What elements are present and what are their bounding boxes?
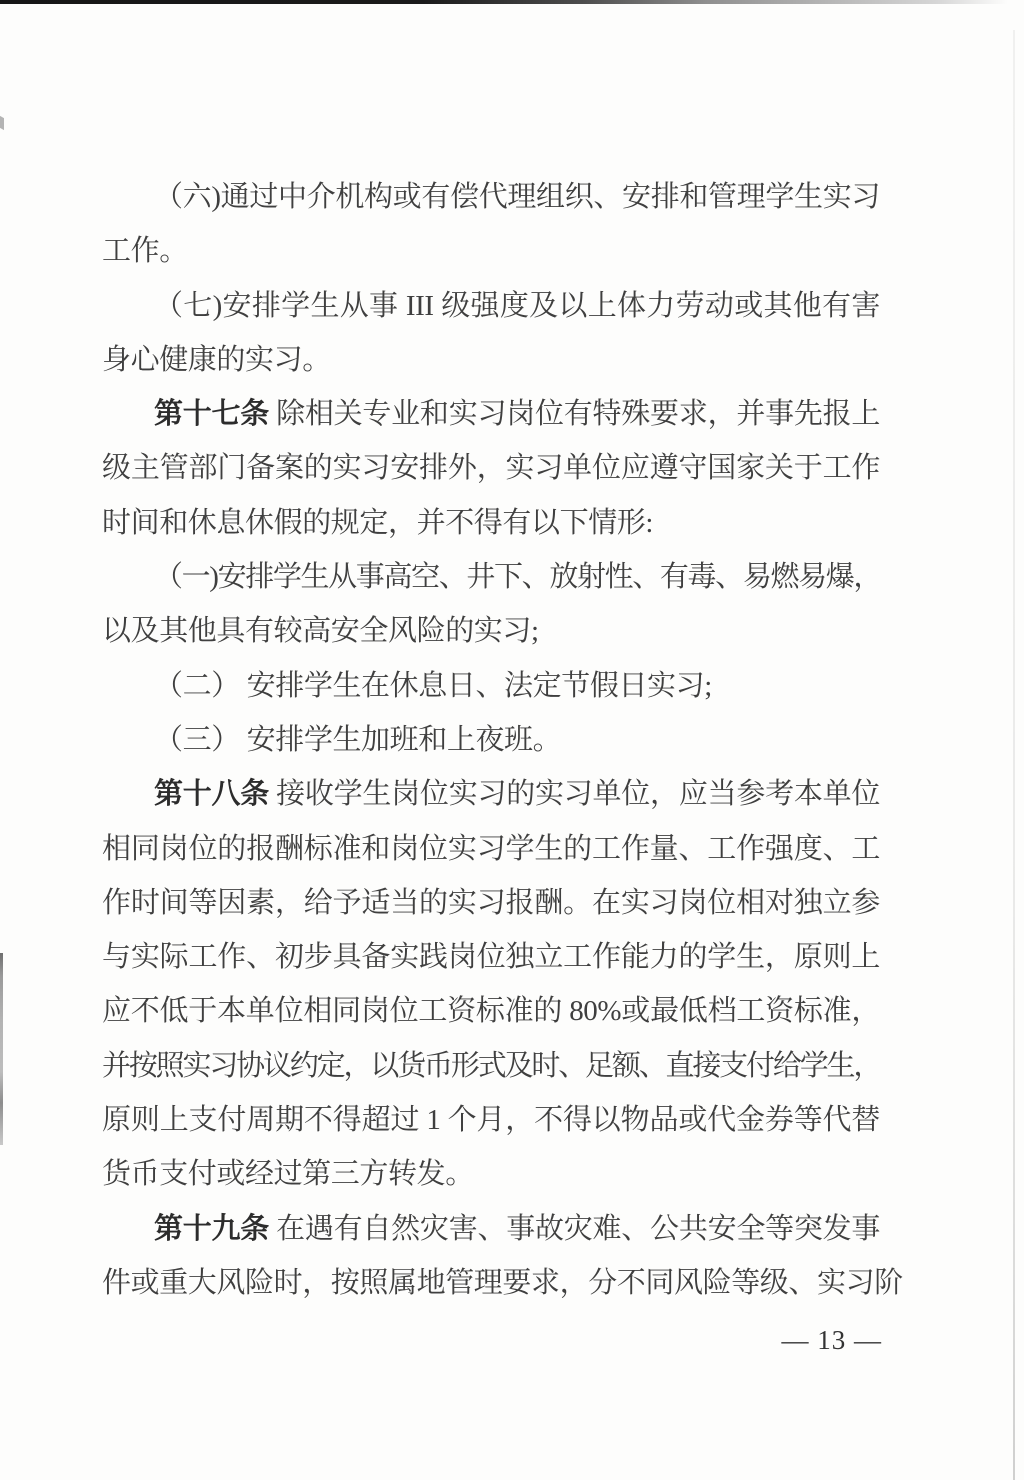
document-line: 第十七条 除相关专业和实习岗位有特殊要求，并事先报上 — [102, 387, 880, 441]
document-line: （三） 安排学生加班和上夜班。 — [102, 713, 880, 767]
document-line: 原则上支付周期不得超过 1 个月，不得以物品或代金券等代替 — [102, 1093, 880, 1147]
document-line: 工作。 — [102, 224, 880, 278]
document-line: 时间和休息休假的规定，并不得有以下情形: — [102, 496, 880, 550]
document-line: 以及其他具有较高安全风险的实习; — [102, 604, 880, 658]
page-number: — 13 — — [782, 1320, 883, 1360]
document-line: （二） 安排学生在休息日、法定节假日实习; — [102, 659, 880, 713]
document-line: （七)安排学生从事 III 级强度及以上体力劳动或其他有害 — [102, 279, 880, 333]
document-body: （六)通过中介机构或有偿代理组织、安排和管理学生实习工作。（七)安排学生从事 I… — [102, 170, 880, 1310]
document-line: 身心健康的实习。 — [102, 333, 880, 387]
document-line: （六)通过中介机构或有偿代理组织、安排和管理学生实习 — [102, 170, 880, 224]
scan-right-edge-line — [1013, 30, 1015, 1480]
article-number: 第十七条 — [154, 398, 269, 430]
document-line: 与实际工作、初步具备实践岗位独立工作能力的学生，原则上 — [102, 930, 880, 984]
article-number: 第十八条 — [154, 778, 269, 810]
scan-top-edge-artifact — [0, 0, 1008, 4]
document-line: 作时间等因素，给予适当的实习报酬。在实习岗位相对独立参 — [102, 876, 880, 930]
scan-left-edge-tick — [0, 116, 4, 130]
document-line: 货币支付或经过第三方转发。 — [102, 1147, 880, 1201]
document-line: 相同岗位的报酬标准和岗位实习学生的工作量、工作强度、工 — [102, 822, 880, 876]
document-line: 件或重大风险时，按照属地管理要求，分不同风险等级、实习阶 — [102, 1256, 880, 1310]
document-line: 并按照实习协议约定，以货币形式及时、足额、直接支付给学生， — [102, 1039, 880, 1093]
document-page: （六)通过中介机构或有偿代理组织、安排和管理学生实习工作。（七)安排学生从事 I… — [0, 0, 1024, 1480]
article-number: 第十九条 — [154, 1213, 269, 1245]
document-line: （一)安排学生从事高空、井下、放射性、有毒、易燃易爆， — [102, 550, 880, 604]
document-line: 第十八条 接收学生岗位实习的实习单位，应当参考本单位 — [102, 767, 880, 821]
scan-left-edge-mark — [0, 953, 3, 1145]
document-line: 级主管部门备案的实习安排外，实习单位应遵守国家关于工作 — [102, 441, 880, 495]
document-line: 应不低于本单位相同岗位工资标准的 80%或最低档工资标准， — [102, 984, 880, 1038]
document-line: 第十九条 在遇有自然灾害、事故灾难、公共安全等突发事 — [102, 1202, 880, 1256]
